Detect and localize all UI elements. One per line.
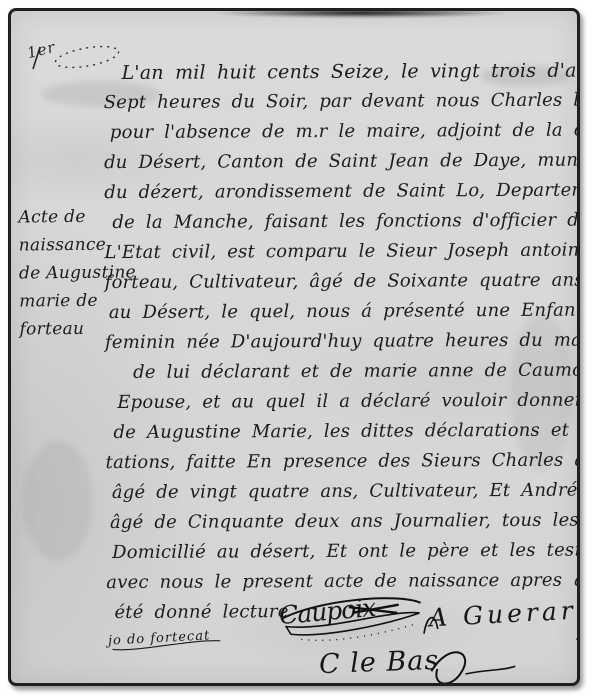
manuscript-body: L'an mil huit cents Seize, le vingt troi… [10, 55, 580, 628]
scan-edge-artifact [211, 8, 511, 18]
manuscript-line: âgé de Cinquante deux ans Journalier, to… [12, 505, 580, 538]
manuscript-line: forteau, Cultivateur, âgé de Soixante qu… [11, 265, 580, 298]
signature-forteau: jo do fortecat [108, 628, 211, 648]
manuscript-line: Epouse, et au quel il a déclaré vouloir … [11, 385, 580, 418]
manuscript-line: Domicillié au désert, Et ont le père et … [12, 535, 580, 568]
manuscript-line: feminin née D'aujourd'huy quatre heures … [11, 325, 580, 358]
manuscript-line: L'Etat civil, est comparu le Sieur Josep… [10, 235, 580, 268]
manuscript-line: pour l'absence de m.r le maire, adjoint … [10, 115, 580, 148]
manuscript-line: de lui déclarant et de marie anne de Cau… [11, 355, 580, 388]
signature-lebas: C le Bas [318, 645, 439, 680]
manuscript-line: Sept heures du Soir, par devant nous Cha… [10, 85, 580, 118]
manuscript-line: L'an mil huit cents Seize, le vingt troi… [10, 55, 580, 88]
manuscript-line: âgé de vingt quatre ans, Cultivateur, Et… [12, 475, 580, 508]
manuscript-line: du Désert, Canton de Saint Jean de Daye,… [10, 145, 580, 178]
manuscript-line: du dézert, arondissement de Saint Lo, De… [10, 175, 580, 208]
signature-forteau-text: jo do fortecat [108, 628, 211, 648]
manuscript-line: tations, faitte En presence des Sieurs C… [12, 445, 580, 478]
document-scan: 1er Acte de naissance de Augustine marie… [8, 8, 580, 686]
manuscript-line: de Augustine Marie, les dittes déclarati… [11, 415, 580, 448]
signature-lebas-text: C le Bas [318, 645, 439, 680]
manuscript-line: de la Manche, faisant les fonctions d'of… [10, 205, 580, 238]
manuscript-line: avec nous le present acte de naissance a… [12, 565, 580, 598]
manuscript-line: au Désert, le quel, nous á présenté une … [11, 295, 580, 328]
